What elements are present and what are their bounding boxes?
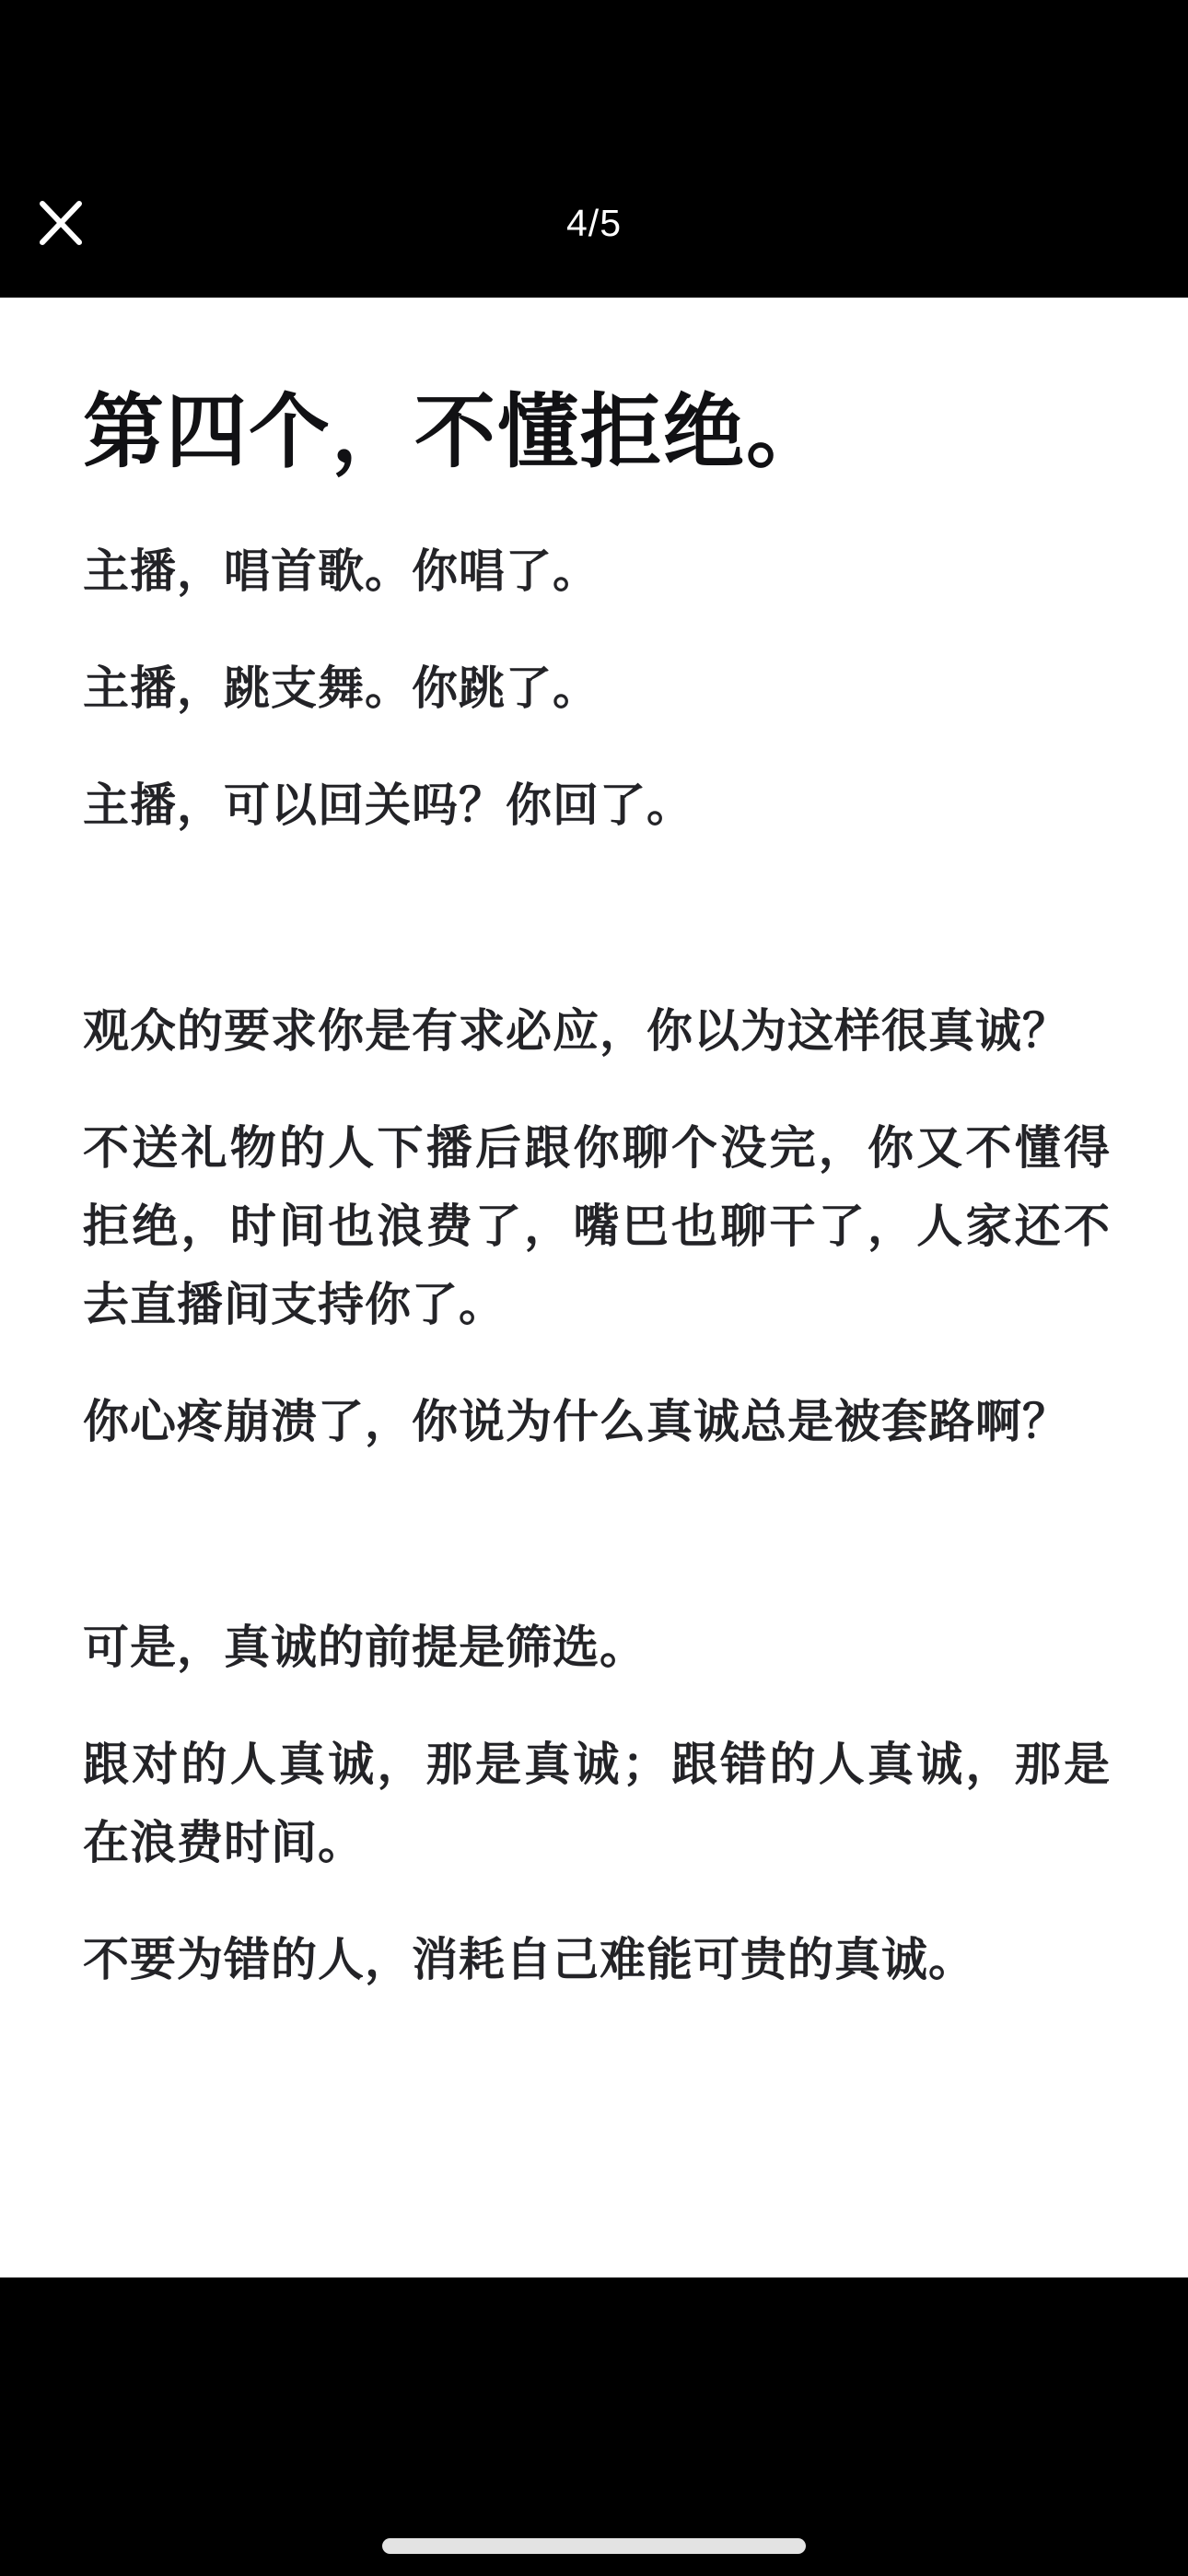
paragraph: 不送礼物的人下播后跟你聊个没完，你又不懂得拒绝，时间也浪费了，嘴巴也聊干了，人家… (83, 1109, 1111, 1344)
paragraph: 主播，跳支舞。你跳了。 (83, 650, 1111, 728)
article-body: 主播，唱首歌。你唱了。主播，跳支舞。你跳了。主播，可以回关吗？你回了。观众的要求… (83, 533, 1111, 1999)
paragraph: 主播，唱首歌。你唱了。 (83, 533, 1111, 611)
paragraph: 主播，可以回关吗？你回了。 (83, 767, 1111, 845)
bottom-bar (0, 2277, 1188, 2576)
paragraph: 不要为错的人，消耗自己难能可贵的真诚。 (83, 1921, 1111, 1999)
phone-screen: 4/5 第四个，不懂拒绝。 主播，唱首歌。你唱了。主播，跳支舞。你跳了。主播，可… (0, 0, 1188, 2576)
top-bar: 4/5 (0, 0, 1188, 298)
paragraph: 你心疼崩溃了，你说为什么真诚总是被套路啊？ (83, 1383, 1111, 1461)
paragraph: 可是，真诚的前提是筛选。 (83, 1609, 1111, 1687)
paragraph: 观众的要求你是有求必应，你以为这样很真诚？ (83, 992, 1111, 1071)
page-title: 第四个，不懂拒绝。 (83, 390, 1111, 479)
home-indicator[interactable] (382, 2538, 806, 2554)
paragraph: 跟对的人真诚，那是真诚；跟错的人真诚，那是在浪费时间。 (83, 1726, 1111, 1882)
page-indicator: 4/5 (0, 201, 1188, 245)
article-content: 第四个，不懂拒绝。 主播，唱首歌。你唱了。主播，跳支舞。你跳了。主播，可以回关吗… (0, 298, 1188, 2277)
